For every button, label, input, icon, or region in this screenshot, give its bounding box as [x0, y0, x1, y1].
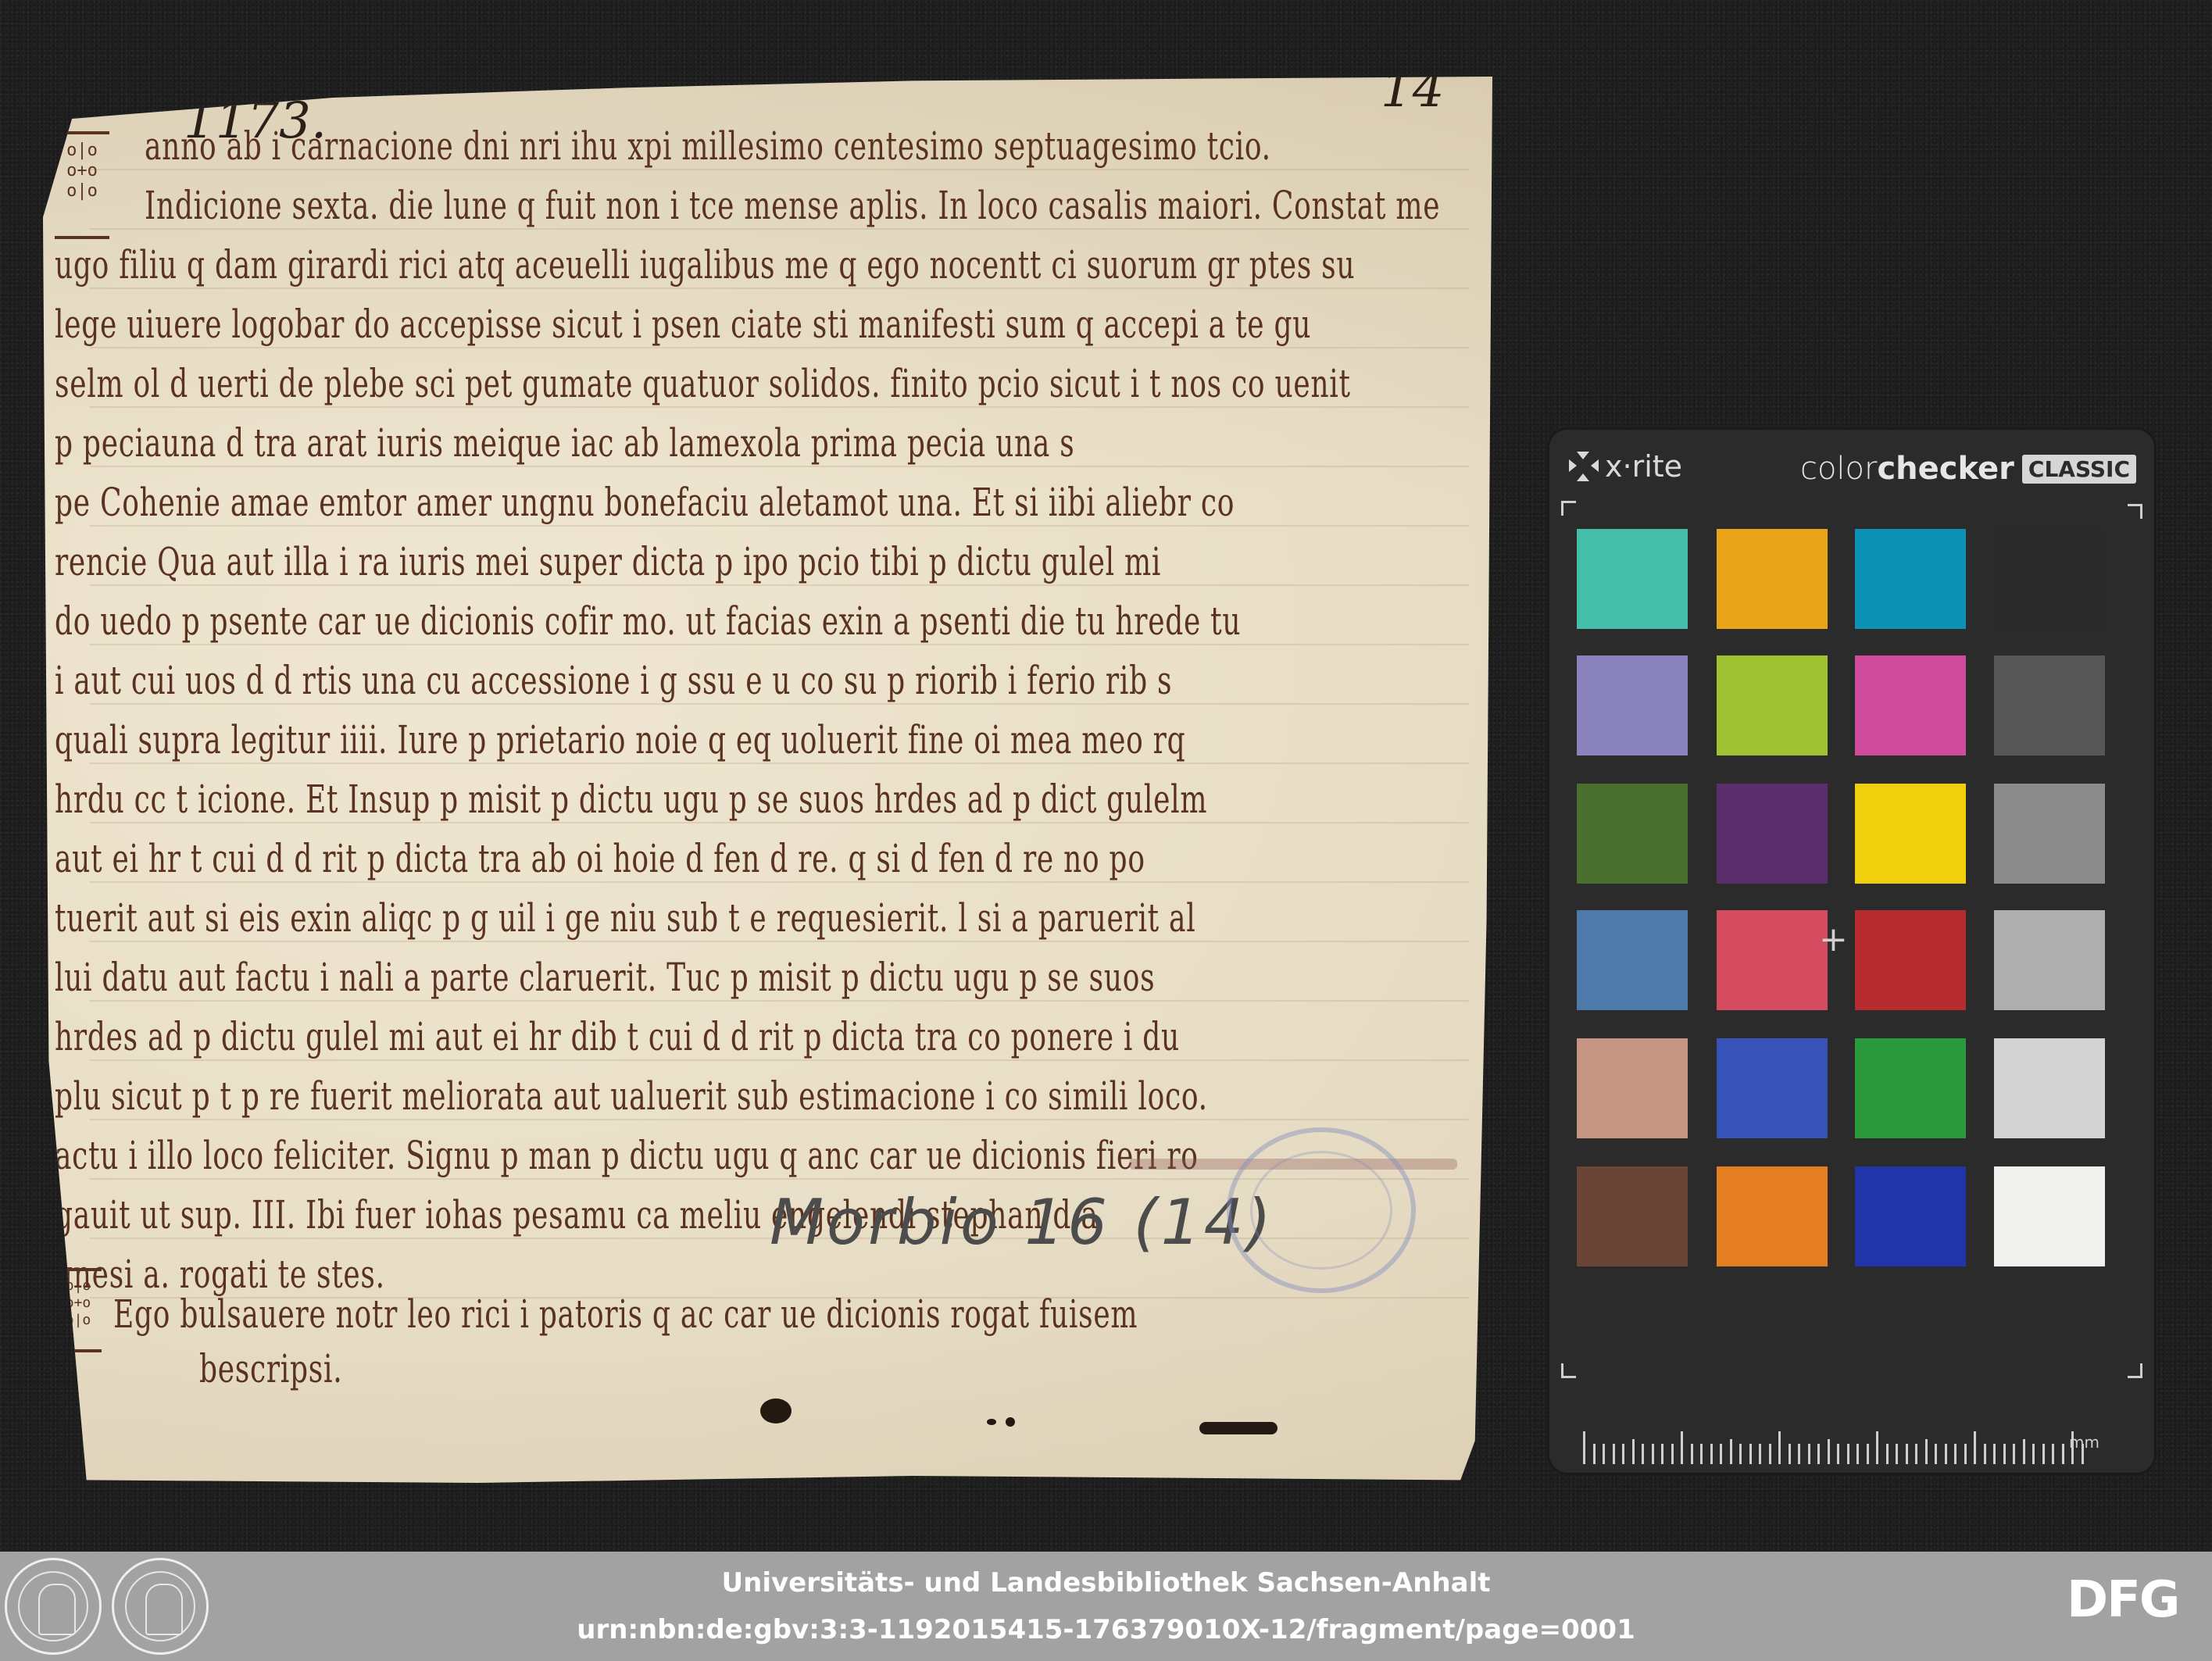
- ruler-tick: [1593, 1444, 1596, 1464]
- ruler-tick: [1886, 1444, 1889, 1464]
- ruler-tick: [1935, 1444, 1937, 1464]
- ink-dot: [987, 1419, 996, 1425]
- ruler-tick: [1945, 1444, 1947, 1464]
- manuscript-line: gnesi a. rogati te stes.: [55, 1252, 385, 1297]
- manuscript-line: p peciauna d tra arat iuris meique iac a…: [55, 420, 1074, 466]
- library-stamp: [1227, 1127, 1416, 1293]
- footer-bar: Universitäts- und Landesbibliothek Sachs…: [0, 1552, 2212, 1661]
- ruling-line: [90, 466, 1469, 467]
- color-patch: [1717, 529, 1828, 629]
- color-patch: [1855, 655, 1966, 755]
- ruler-tick: [1710, 1444, 1713, 1464]
- color-patch: [1577, 910, 1688, 1010]
- crop-mark-top-left: [1561, 501, 1576, 516]
- ruler-tick: [1739, 1444, 1742, 1464]
- ruling-line: [90, 881, 1469, 883]
- ruler-tick: [1847, 1444, 1849, 1464]
- subscription-line: Ego bulsauere notr leo rici i patoris q …: [113, 1291, 1138, 1337]
- ruler-tick: [1622, 1444, 1624, 1464]
- manuscript-line: selm ol d uerti de plebe sci pet gumate …: [55, 361, 1351, 406]
- ruler-tick: [2013, 1444, 2015, 1464]
- ruler-tick: [2003, 1444, 2006, 1464]
- ruler-tick: [1642, 1444, 1644, 1464]
- ruler-tick: [1808, 1444, 1810, 1464]
- ink-dot: [1006, 1417, 1015, 1427]
- color-patch: [1994, 1166, 2105, 1266]
- color-patch: [1994, 784, 2105, 884]
- subscription-line: bescripsi.: [199, 1346, 342, 1391]
- crop-mark-top-right: [2128, 504, 2142, 519]
- ruler-tick: [1954, 1444, 1956, 1464]
- manuscript-parchment: 1173. 14 o|oo+oo|o anno ab i carnacione …: [43, 77, 1492, 1483]
- crop-mark-bottom-right: [2128, 1363, 2142, 1378]
- ruler-tick: [2042, 1444, 2045, 1464]
- ruler-tick: [1671, 1444, 1674, 1464]
- ruling-line: [90, 1059, 1469, 1061]
- manuscript-line: lege uiuere logobar do accepisse sicut i…: [55, 302, 1311, 347]
- color-patch: [1717, 655, 1828, 755]
- color-patch: [1855, 784, 1966, 884]
- color-patch: [1717, 1166, 1828, 1266]
- ruling-line: [90, 228, 1469, 230]
- color-patch: [1855, 1038, 1966, 1138]
- manuscript-line: quali supra legitur iiii. Iure p prietar…: [55, 717, 1185, 763]
- ruler-tick: [1876, 1431, 1878, 1464]
- ruler-tick: [1974, 1431, 1976, 1464]
- ruler-tick: [1828, 1439, 1830, 1464]
- manuscript-line: rencie Qua aut illa i ra iuris mei super…: [55, 539, 1161, 584]
- color-patch: [1994, 1038, 2105, 1138]
- ruler-tick: [1749, 1444, 1752, 1464]
- colorchecker-wordmark: colorchecker CLASSIC: [1800, 451, 2136, 487]
- color-patch: [1577, 784, 1688, 884]
- ruler-tick: [1681, 1431, 1683, 1464]
- color-patch: [1577, 529, 1688, 629]
- ruler-tick: [1759, 1444, 1761, 1464]
- ruler-tick: [1984, 1444, 1986, 1464]
- xrite-logo: x·rite: [1571, 449, 1682, 484]
- manuscript-line: hrdes ad p dictu gulel mi aut ei hr dib …: [55, 1014, 1180, 1059]
- color-patch: [1994, 655, 2105, 755]
- crop-mark-bottom-left: [1561, 1363, 1576, 1378]
- manuscript-line: plu sicut p t p re fuerit meliorata aut …: [55, 1073, 1208, 1119]
- ruler-tick: [1789, 1444, 1791, 1464]
- brand-bold: checker: [1877, 451, 2014, 487]
- color-patch: [1994, 910, 2105, 1010]
- ruler-tick: [1896, 1444, 1898, 1464]
- ruler-tick: [1964, 1444, 1967, 1464]
- manuscript-line: hrdu cc t icione. Et Insup p misit p dic…: [55, 777, 1207, 822]
- manuscript-line: Indicione sexta. die lune q fuit non i t…: [145, 183, 1440, 228]
- ruler-tick: [2023, 1439, 2025, 1464]
- ruler-tick: [1867, 1444, 1869, 1464]
- ruler-tick: [1915, 1444, 1917, 1464]
- color-patch: [1855, 910, 1966, 1010]
- ruler-tick: [1817, 1444, 1820, 1464]
- ruler-tick: [1856, 1444, 1859, 1464]
- ruling-line: [90, 941, 1469, 942]
- ruling-line: [90, 1000, 1469, 1002]
- color-patch: [1577, 655, 1688, 755]
- manuscript-line: pe Cohenie amae emtor amer ungnu bonefac…: [55, 480, 1235, 525]
- institution-name: Universitäts- und Landesbibliothek Sachs…: [0, 1567, 2212, 1598]
- manuscript-line: tuerit aut si eis exin aliqc p g uil i g…: [55, 895, 1195, 941]
- ruler-tick: [2052, 1444, 2054, 1464]
- color-patch: [1717, 1038, 1828, 1138]
- color-patch: [1717, 910, 1828, 1010]
- ruler-tick: [1925, 1439, 1928, 1464]
- manuscript-line: anno ab i carnacione dni nri ihu xpi mil…: [145, 123, 1271, 169]
- ruler-tick: [1720, 1444, 1722, 1464]
- ruler-tick: [1632, 1439, 1635, 1464]
- ruling-line: [90, 1119, 1469, 1120]
- manuscript-line: lui datu aut factu i nali a parte clarue…: [55, 955, 1155, 1000]
- color-patch: [1994, 529, 2105, 629]
- pencil-shelfmark: Morbio 16 (14): [770, 1186, 1274, 1259]
- manuscript-line: actu i illo loco feliciter. Signu p man …: [55, 1133, 1199, 1178]
- ruling-line: [90, 822, 1469, 823]
- ruler-unit: mm: [2069, 1433, 2099, 1452]
- manuscript-line: i aut cui uos d d rtis una cu accessione…: [55, 658, 1172, 703]
- mm-ruler: [1583, 1430, 2021, 1464]
- ruling-line: [90, 644, 1469, 645]
- xrite-icon: [1571, 453, 1597, 480]
- ruler-tick: [1837, 1444, 1839, 1464]
- color-patch: [1855, 1166, 1966, 1266]
- ruler-tick: [1691, 1444, 1693, 1464]
- color-patch: [1577, 1166, 1688, 1266]
- ruler-tick: [1730, 1439, 1732, 1464]
- ruler-tick: [1700, 1444, 1703, 1464]
- ink-smear: [1199, 1422, 1278, 1434]
- ruler-tick: [1583, 1431, 1585, 1464]
- ruling-line: [90, 584, 1469, 586]
- color-patch: [1855, 529, 1966, 629]
- color-patch: [1717, 784, 1828, 884]
- color-patch: [1577, 1038, 1688, 1138]
- ruler-tick: [1661, 1444, 1663, 1464]
- ruler-tick: [1993, 1444, 1996, 1464]
- dfg-logo: DFG: [2067, 1575, 2178, 1625]
- ruling-line: [90, 525, 1469, 527]
- ruler-tick: [1769, 1444, 1771, 1464]
- manuscript-line: do uedo p psente car ue dicionis cofir m…: [55, 598, 1241, 644]
- manuscript-line: aut ei hr t cui d d rit p dicta tra ab o…: [55, 836, 1145, 881]
- manuscript-line: ugo filiu q dam girardi rici atq aceuell…: [55, 242, 1355, 288]
- ruling-line: [90, 763, 1469, 764]
- ruling-line: [90, 169, 1469, 170]
- ruler-tick: [1778, 1431, 1781, 1464]
- brand-light: color: [1800, 451, 1878, 487]
- ruling-line: [90, 703, 1469, 705]
- ruling-line: [90, 288, 1469, 289]
- urn-identifier: urn:nbn:de:gbv:3:3-1192015415-176379010X…: [0, 1614, 2212, 1645]
- ruler-tick: [1652, 1444, 1654, 1464]
- ruling-line: [90, 347, 1469, 348]
- colorchecker-card: x·rite colorchecker CLASSIC + mm: [1547, 427, 2157, 1475]
- ruler-tick: [1798, 1444, 1800, 1464]
- xrite-wordmark: x·rite: [1605, 449, 1682, 484]
- ruler-tick: [2062, 1444, 2064, 1464]
- ink-blot: [760, 1398, 792, 1423]
- edition-badge: CLASSIC: [2022, 455, 2136, 484]
- ruler-tick: [1603, 1444, 1605, 1464]
- ruler-tick: [2032, 1444, 2035, 1464]
- ruler-tick: [1906, 1444, 1908, 1464]
- center-crosshair: +: [1819, 923, 1848, 957]
- ruling-line: [90, 406, 1469, 408]
- ruler-tick: [1613, 1444, 1615, 1464]
